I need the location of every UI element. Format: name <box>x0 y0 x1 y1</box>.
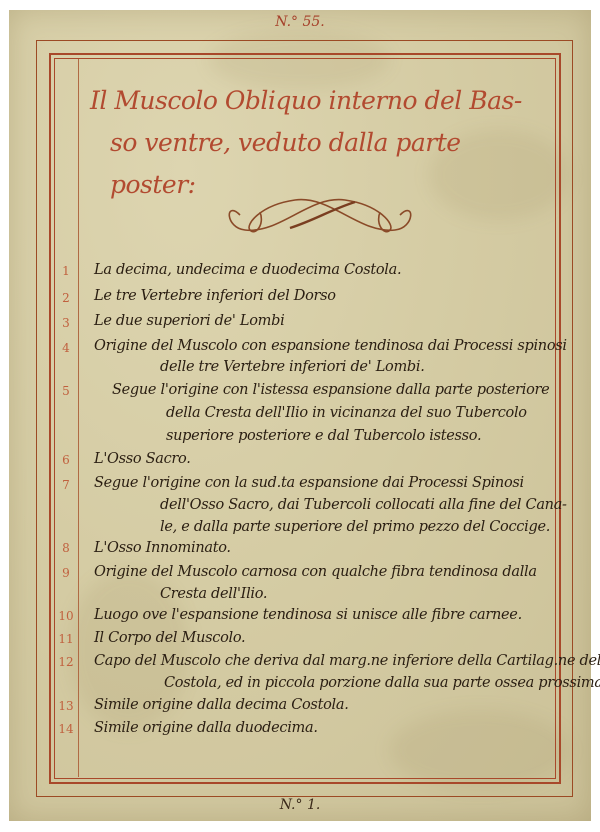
entry-number: 11 <box>55 632 77 646</box>
entry-number: 12 <box>55 655 77 669</box>
entry-number: 4 <box>55 341 77 355</box>
entry-8-line-1: L'Osso Innominato. <box>94 540 231 556</box>
entry-13-line-1: Simile origine dalla decima Costola. <box>94 697 349 713</box>
entry-number: 6 <box>55 453 77 467</box>
entry-7-line-2: dell'Osso Sacro, dai Tubercoli collocati… <box>160 497 567 513</box>
title-line-1: Il Muscolo Obliquo interno del Bas- <box>90 80 550 122</box>
plate-number-top: N.° 55. <box>0 14 600 30</box>
entry-number: 8 <box>55 541 77 555</box>
entry-number: 10 <box>55 609 77 623</box>
number-margin-line <box>78 59 79 777</box>
entry-7-line-3: le, e dalla parte superiore del primo pe… <box>160 519 550 535</box>
entry-7-line-1: Segue l'origine con la sud.ta espansione… <box>94 475 524 491</box>
entry-4-line-2: delle tre Vertebre inferiori de' Lombi. <box>160 359 425 375</box>
entry-number: 14 <box>55 722 77 736</box>
entry-3-line-1: Le due superiori de' Lombi <box>94 313 284 329</box>
ornamental-flourish-icon <box>220 190 420 240</box>
entry-number: 2 <box>55 291 77 305</box>
entry-5-line-2: della Cresta dell'Ilio in vicinanza del … <box>166 405 527 421</box>
plate-number-bottom: N.° 1. <box>0 797 600 813</box>
entry-number: 13 <box>55 699 77 713</box>
entry-5-line-1: Segue l'origine con l'istessa espansione… <box>112 382 549 398</box>
entry-11-line-1: Il Corpo del Muscolo. <box>94 630 245 646</box>
entry-1-line-1: La decima, undecima e duodecima Costola. <box>94 262 401 278</box>
entry-6-line-1: L'Osso Sacro. <box>94 451 191 467</box>
entry-2-line-1: Le tre Vertebre inferiori del Dorso <box>94 288 336 304</box>
entry-10-line-1: Luogo ove l'espansione tendinosa si unis… <box>94 607 522 623</box>
entry-9-line-1: Origine del Muscolo carnosa con qualche … <box>94 564 537 580</box>
entry-number: 7 <box>55 478 77 492</box>
entry-5-line-3: superiore posteriore e dal Tubercolo ist… <box>166 428 481 444</box>
entry-9-line-2: Cresta dell'Ilio. <box>160 586 267 602</box>
entry-number: 9 <box>55 566 77 580</box>
entry-number: 3 <box>55 316 77 330</box>
entry-12-line-2: Costola, ed in piccola porzione dalla su… <box>164 675 600 691</box>
entry-14-line-1: Simile origine dalla duodecima. <box>94 720 318 736</box>
entry-number: 5 <box>55 384 77 398</box>
title-line-2-text: so ventre, veduto dalla parte poster: <box>110 128 461 199</box>
entry-12-line-1: Capo del Muscolo che deriva dal marg.ne … <box>94 653 600 669</box>
entry-4-line-1: Origine del Muscolo con espansione tendi… <box>94 338 567 354</box>
page-title: Il Muscolo Obliquo interno del Bas- so v… <box>90 80 550 206</box>
entry-number: 1 <box>55 264 77 278</box>
